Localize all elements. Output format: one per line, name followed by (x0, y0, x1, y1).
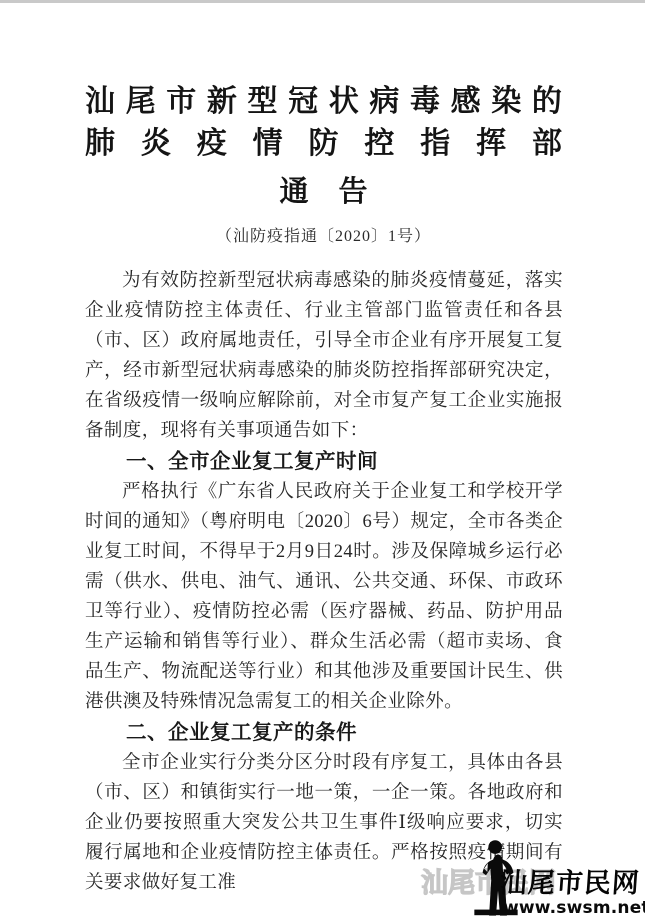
watermark-logo: 汕尾市民网 汕尾市民网 www.swsm.net (437, 838, 643, 916)
paragraph-section-1: 严格执行《广东省人民政府关于企业复工和学校开学时间的通知》（粤府明电〔2020〕… (85, 477, 563, 717)
document-number: （汕防疫指通〔2020〕1号） (85, 223, 562, 246)
section-heading-2: 二、企业复工复产的条件 (85, 717, 563, 748)
watermark-site-name: 汕尾市民网 (499, 861, 642, 900)
watermark-site-url: www.swsm.net (503, 898, 645, 918)
title-line-3-wrap: 通告 (85, 174, 562, 210)
document-page: 汕尾市新型冠状病毒感染的 肺炎疫情防控指挥部 通告 （汕防疫指通〔2020〕1号… (0, 0, 645, 919)
top-border (0, 0, 645, 3)
title-line-1: 汕尾市新型冠状病毒感染的 (85, 81, 562, 123)
title-line-3: 通告 (280, 174, 368, 210)
section-heading-1: 一、全市企业复工复产时间 (85, 446, 563, 477)
paragraph-intro: 为有效防控新型冠状病毒感染的肺炎疫情蔓延，落实企业疫情防控主体责任、行业主管部门… (85, 266, 563, 446)
document-title: 汕尾市新型冠状病毒感染的 肺炎疫情防控指挥部 通告 （汕防疫指通〔2020〕1号… (85, 81, 562, 246)
title-line-2: 肺炎疫情防控指挥部 (85, 123, 562, 165)
document-body: 为有效防控新型冠状病毒感染的肺炎疫情蔓延，落实企业疫情防控主体责任、行业主管部门… (85, 266, 563, 898)
